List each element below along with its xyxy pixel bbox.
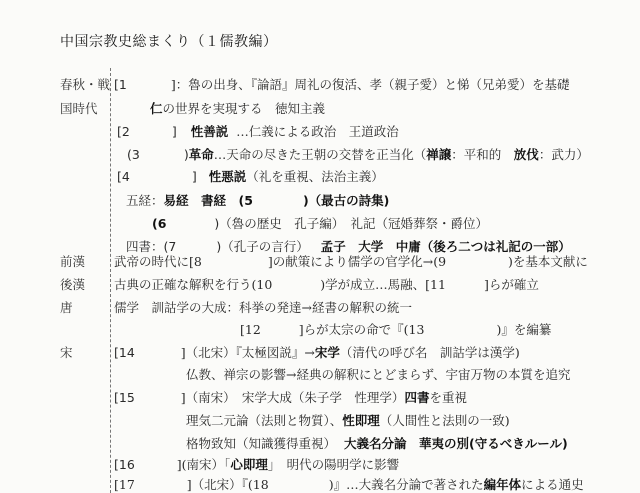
keyword: 性悪説: [209, 169, 247, 184]
line-text: …天命の尽きた王朝の交替を正当化（: [214, 147, 427, 162]
keyword: 易経 書経 (5: [164, 193, 253, 208]
blank-16: [16: [114, 457, 135, 472]
line-text: 儒学 訓詁学の大成：科挙の発達→経書の解釈の統一: [114, 300, 412, 315]
era-label: 前漢: [60, 252, 85, 270]
line-text: による通史: [521, 477, 584, 492]
era-label: 後漢: [60, 275, 85, 293]
text-line: [14]（北宋）『太極図説』→宋学（清代の呼び名 訓詁学は漢学): [114, 343, 520, 361]
text-line: 古典の正確な解釈を行う(10)学が成立…馬融、[11]らが確立: [114, 275, 539, 293]
keyword: 仁: [150, 101, 163, 116]
text-line: 五経：易経 書経 (5)（最古の詩集): [126, 191, 389, 209]
text-line: 格物致知（知識獲得重視）大義名分論 華夷の別(守るべきルール): [186, 434, 568, 452]
line-text: 五経：: [126, 193, 164, 208]
text-line: [12]らが太宗の命で『(13)』を編纂: [240, 320, 551, 338]
line-text: ](南宋）「: [177, 457, 231, 472]
blank-14: [14: [114, 345, 135, 360]
keyword: 四書: [404, 390, 429, 405]
era-label: 宋: [60, 343, 73, 361]
line-text: 仏教、禅宗の影響→経典の解釈にとどまらず、宇宙万物の本質を追究: [186, 367, 570, 382]
text-line: (3)革命…天命の尽きた王朝の交替を正当化（禅譲：平和的 放伐：武力）: [127, 145, 589, 163]
text-line: [16](南宋）「心即理」 明代の陽明学に影響: [114, 455, 399, 473]
blank-15: [15: [114, 390, 135, 405]
line-text: ]の献策により儒学の官学化→(9: [268, 254, 446, 269]
line-text: ]（南宋） 宋学大成（朱子学 性理学）: [181, 390, 405, 405]
blank-3: (3: [127, 147, 140, 162]
line-text: 古典の正確な解釈を行う(10: [114, 277, 272, 292]
keyword: 革命: [189, 147, 214, 162]
text-line: 仁の世界を実現する 徳知主義: [150, 99, 325, 117]
line-text: )を基本文献に: [508, 254, 588, 269]
line-text: ]：魯の出身、『論語』周礼の復活、孝（親子愛）と悌（兄弟愛）を基礎: [171, 77, 570, 92]
line-text: 武帝の時代に[8: [114, 254, 202, 269]
text-line: [15]（南宋） 宋学大成（朱子学 性理学）四書を重視: [114, 388, 467, 406]
blank-17: [17: [114, 477, 135, 492]
line-text: ]（北宋）『太極図説』→: [181, 345, 315, 360]
blank-6: (6: [152, 216, 166, 231]
keyword: 心即理: [230, 457, 268, 472]
line-text: )（魯の歴史 孔子編） 礼記（冠婚葬祭・爵位）: [214, 216, 488, 231]
era-label: 唐: [60, 298, 73, 316]
line-text: （礼を重視、法治主義）: [246, 169, 384, 184]
line-text: を重視: [429, 390, 467, 405]
bracket: ]: [172, 124, 177, 139]
era-label: 春秋・戦: [60, 75, 110, 93]
keyword: )（最古の詩集): [303, 193, 389, 208]
text-line: 武帝の時代に[8]の献策により儒学の官学化→(9)を基本文献に: [114, 252, 588, 270]
line-text: ：平和的: [451, 147, 514, 162]
line-text: 」 明代の陽明学に影響: [268, 457, 399, 472]
blank-4: [4: [117, 169, 130, 184]
line-text: （人間性と法則の一致): [380, 413, 510, 428]
blank-12: [12: [240, 322, 261, 337]
column-divider: [110, 68, 111, 493]
text-line: [17]（北宋）『(18)』…大義名分論で著された編年体による通史: [114, 475, 584, 493]
line-text: …仁義による政治 王道政治: [236, 124, 399, 139]
line-text: の世界を実現する 徳知主義: [163, 101, 326, 116]
blank-1: [1: [114, 77, 127, 92]
keyword: 性即理: [342, 413, 380, 428]
text-line: (6)（魯の歴史 孔子編） 礼記（冠婚葬祭・爵位）: [152, 214, 488, 232]
line-text: 格物致知（知識獲得重視）: [186, 436, 336, 451]
keyword: 編年体: [484, 477, 522, 492]
text-line: [1]：魯の出身、『論語』周礼の復活、孝（親子愛）と悌（兄弟愛）を基礎: [114, 75, 569, 93]
line-text: )学が成立…馬融、[11: [320, 277, 446, 292]
keyword: 大義名分論 華夷の別(守るべきルール): [344, 436, 568, 451]
line-text: )』…大義名分論で著された: [329, 477, 484, 492]
line-text: ：武力）: [539, 147, 589, 162]
keyword: 性善説: [191, 124, 229, 139]
text-line: 儒学 訓詁学の大成：科挙の発達→経書の解釈の統一: [114, 298, 412, 316]
keyword: 宋学: [315, 345, 340, 360]
page-title: 中国宗教史総まくり（１儒教編）: [60, 31, 278, 51]
line-text: )』を編纂: [496, 322, 551, 337]
blank-2: [2: [117, 124, 130, 139]
text-line: [2]性善説…仁義による政治 王道政治: [117, 122, 399, 140]
line-text: 理気二元論（法則と物質）、: [186, 413, 342, 428]
line-text: （清代の呼び名 訓詁学は漢学): [340, 345, 520, 360]
line-text: ]（北宋）『(18: [187, 477, 269, 492]
line-text: ]らが太宗の命で『(13: [299, 322, 425, 337]
text-line: [4]性悪説（礼を重視、法治主義）: [117, 167, 384, 185]
era-label: 国時代: [60, 99, 98, 117]
keyword: 禅譲: [426, 147, 451, 162]
text-line: 理気二元論（法則と物質）、性即理（人間性と法則の一致): [186, 411, 510, 429]
text-line: 仏教、禅宗の影響→経典の解釈にとどまらず、宇宙万物の本質を追究: [186, 365, 570, 383]
keyword: 放伐: [514, 147, 539, 162]
bracket: ]: [192, 169, 197, 184]
line-text: ]らが確立: [484, 277, 539, 292]
